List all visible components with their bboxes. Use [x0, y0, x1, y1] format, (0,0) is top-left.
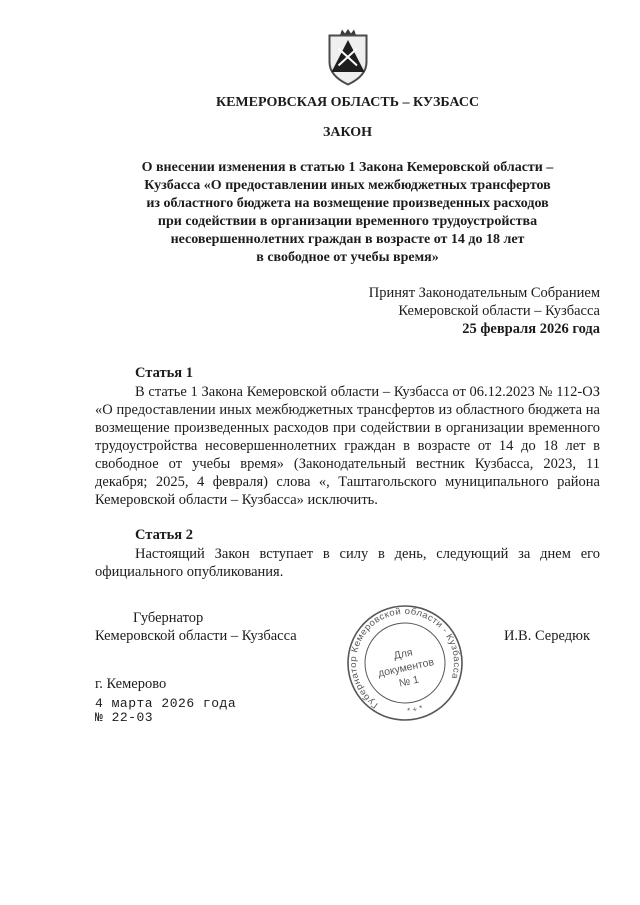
- adoption-line: Кемеровской области – Кузбасса: [95, 302, 600, 320]
- article-1-heading: Статья 1: [95, 364, 600, 382]
- region-header: КЕМЕРОВСКАЯ ОБЛАСТЬ – КУЗБАСС: [95, 95, 600, 111]
- signatory-position-line: Кемеровской области – Кузбасса: [95, 627, 297, 645]
- adoption-line: Принят Законодательным Собранием: [95, 284, 600, 302]
- stamp-stars: * + *: [406, 703, 423, 715]
- governor-round-stamp: Губернатор Кемеровской области - Кузбасс…: [338, 596, 472, 730]
- document-type-heading: ЗАКОН: [95, 125, 600, 141]
- law-title-line: несовершеннолетних граждан в возрасте от…: [95, 231, 600, 249]
- adoption-date: 25 февраля 2026 года: [95, 320, 600, 338]
- signatory-name: И.В. Середюк: [504, 627, 600, 645]
- kemerovo-coat-of-arms-icon: [325, 28, 371, 86]
- article-1-body: В статье 1 Закона Кемеровской области – …: [95, 383, 600, 509]
- law-title-line: при содействии в организации временного …: [95, 213, 600, 231]
- signatory-position-line: Губернатор: [95, 609, 297, 627]
- law-document-page: КЕМЕРОВСКАЯ ОБЛАСТЬ – КУЗБАСС ЗАКОН О вн…: [0, 0, 640, 905]
- stamp-center-line: № 1: [398, 674, 420, 690]
- law-title-line: из областного бюджета на возмещение прои…: [95, 195, 600, 213]
- law-title-line: Кузбасса «О предоставлении иных межбюдже…: [95, 177, 600, 195]
- article-2-body: Настоящий Закон вступает в силу в день, …: [95, 545, 600, 581]
- law-title-line: О внесении изменения в статью 1 Закона К…: [95, 159, 600, 177]
- article-2-heading: Статья 2: [95, 526, 600, 544]
- law-title: О внесении изменения в статью 1 Закона К…: [95, 159, 600, 267]
- crown-shape: [340, 29, 356, 35]
- adoption-block: Принят Законодательным Собранием Кемеров…: [95, 284, 600, 338]
- article-2: Статья 2 Настоящий Закон вступает в силу…: [95, 526, 600, 581]
- signatory-position: Губернатор Кемеровской области – Кузбасс…: [95, 609, 297, 645]
- article-1: Статья 1 В статье 1 Закона Кемеровской о…: [95, 364, 600, 509]
- stamp-center-line: Для: [393, 646, 414, 662]
- law-title-line: в свободное от учебы время»: [95, 249, 600, 267]
